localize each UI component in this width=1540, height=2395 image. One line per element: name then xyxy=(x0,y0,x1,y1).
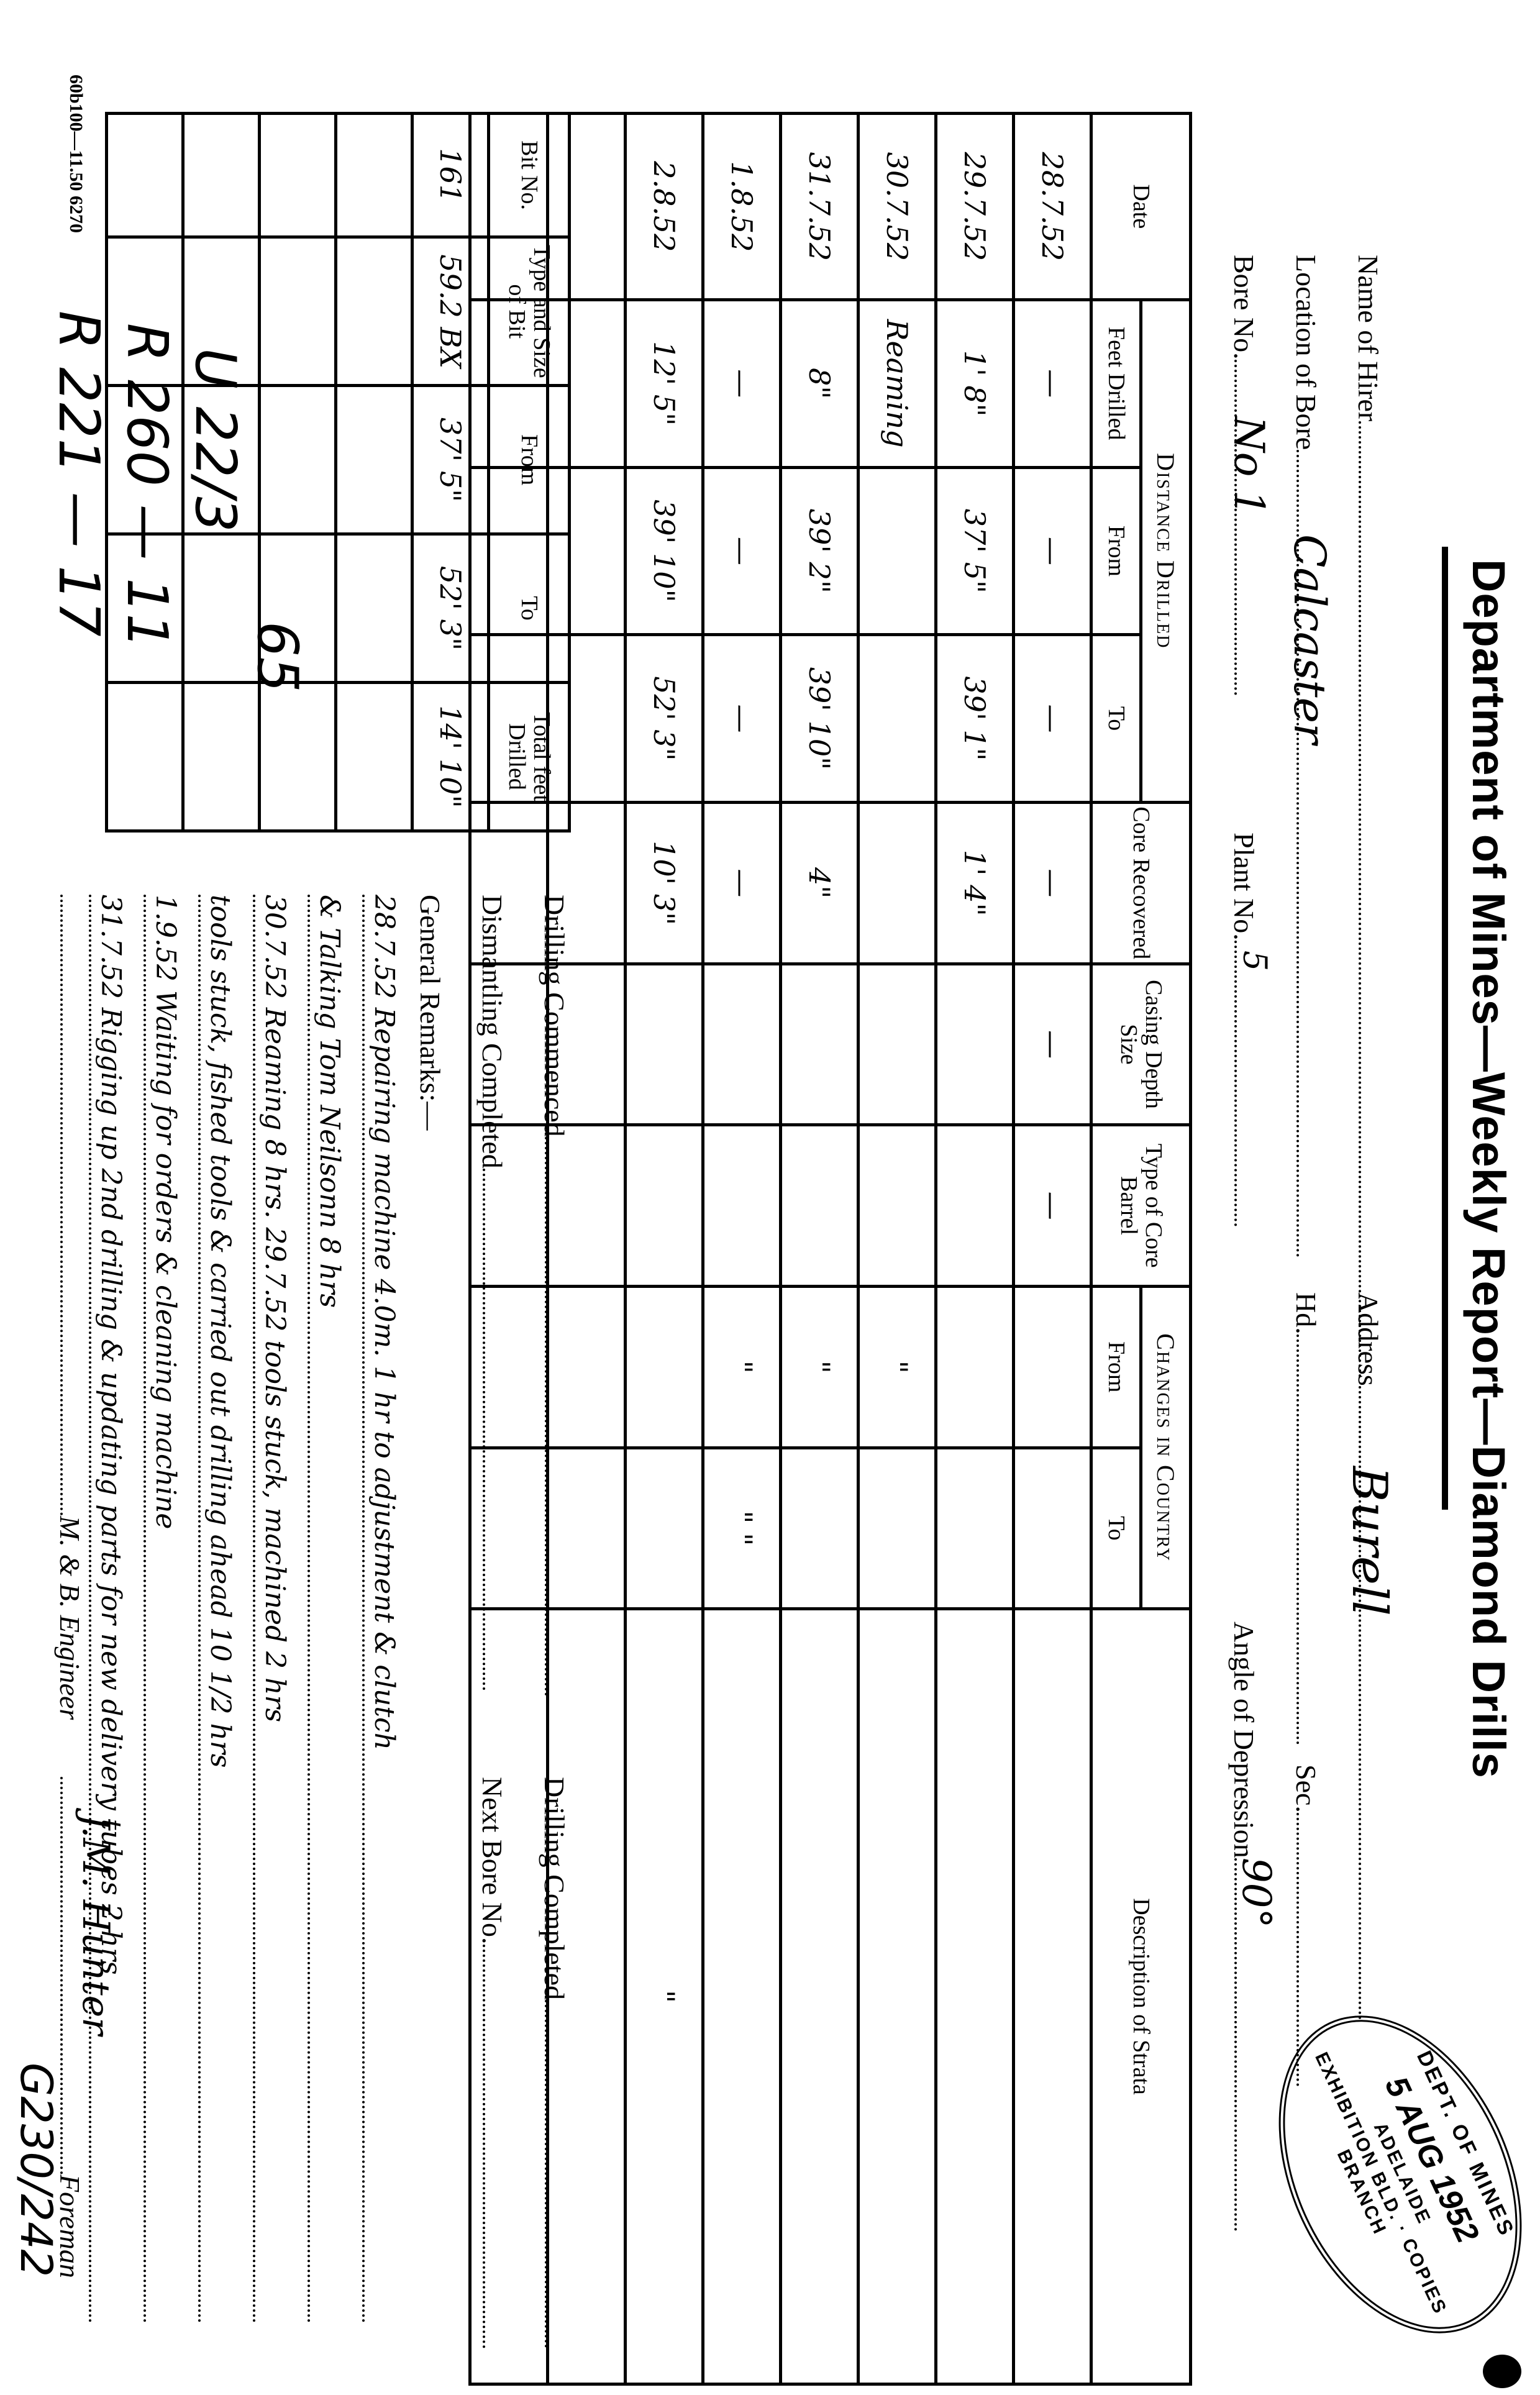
margin-note-r260: R 260 — 11 xyxy=(114,323,180,649)
cell-description xyxy=(703,1609,781,2384)
address-label: Address xyxy=(1352,1292,1384,1386)
cell-cic-from: " xyxy=(859,1286,936,1448)
bit-cell-total xyxy=(107,682,183,831)
cell-core-barrel xyxy=(936,1125,1014,1287)
margin-note-65: 65 xyxy=(245,621,310,693)
cell-cic-from xyxy=(626,1286,703,1448)
bit-cell-bit-no xyxy=(107,114,183,237)
cell-from xyxy=(859,467,936,635)
table-row: 1.8.52————"" " xyxy=(703,114,781,2384)
cell-feet-drilled: Reaming xyxy=(859,299,936,467)
angle-of-depression-value: 90° xyxy=(1233,1858,1279,1928)
bore-no-field[interactable]: Bore No. No 1 xyxy=(1228,255,1260,695)
header-feet-drilled: Feet Drilled xyxy=(1091,299,1141,467)
bit-header-bit-no: Bit No. xyxy=(489,114,570,237)
cell-date: 30.7.52 xyxy=(859,114,936,300)
cell-cic-to xyxy=(1014,1448,1091,1609)
foreman-signature: J.M. Hunter xyxy=(74,1814,117,2035)
bit-row xyxy=(336,114,412,831)
header-changes-in-country: Changes in Country xyxy=(1141,1286,1191,1608)
cell-to: 52' 3" xyxy=(626,635,703,803)
bit-cell-to xyxy=(336,534,412,683)
cell-core-recovered: 1' 4" xyxy=(936,802,1014,964)
location-field[interactable]: Location of Bore Calcaster xyxy=(1290,255,1323,1257)
bit-header-from: From xyxy=(489,386,570,534)
cell-core-barrel xyxy=(703,1125,781,1287)
engineer-signature-field: M. & B. Engineer xyxy=(53,895,86,1720)
header-casing: Casing Depth Size xyxy=(1091,964,1191,1125)
cell-feet-drilled: 1' 8" xyxy=(936,299,1014,467)
header-core-recovered: Core Recovered xyxy=(1091,802,1191,964)
bit-cell-total xyxy=(183,682,260,831)
bit-cell-from: 37' 5" xyxy=(412,386,489,534)
cell-cic-to xyxy=(936,1448,1014,1609)
dismantling-completed-label: Dismantling Completed xyxy=(476,895,508,1169)
hd-label: Hd. xyxy=(1290,1292,1322,1334)
cell-to: 39' 10" xyxy=(781,635,859,803)
header-to: To xyxy=(1091,635,1141,803)
bore-no-value: No 1 xyxy=(1225,416,1273,516)
cell-casing xyxy=(859,964,936,1125)
bit-cell-from xyxy=(336,386,412,534)
remark-line: 28.7.52 Repairing machine 4.0m. 1 hr to … xyxy=(362,895,403,2324)
cell-casing xyxy=(936,964,1014,1125)
cell-cic-to xyxy=(781,1448,859,1609)
title-underline xyxy=(1442,547,1448,1510)
remark-line: tools stuck, fished tools & carried out … xyxy=(198,895,239,2324)
angle-of-depression-field[interactable]: Angle of Depression 90° xyxy=(1228,1622,1260,2231)
bit-cell-bit-no xyxy=(183,114,260,237)
margin-note-r221: R 221 — 17 xyxy=(46,311,111,637)
cell-feet-drilled: — xyxy=(703,299,781,467)
address-value: Burell xyxy=(1341,1466,1397,1616)
print-code: 60b100—11.50 6270 xyxy=(65,75,86,233)
bit-cell-total xyxy=(260,682,336,831)
remark-line: 1.9.52 Waiting for orders & cleaning mac… xyxy=(144,895,185,2324)
bit-row xyxy=(260,114,336,831)
bit-cell-total xyxy=(336,682,412,831)
cell-from: — xyxy=(703,467,781,635)
address-field[interactable]: Address Burell xyxy=(1352,1292,1385,2020)
plant-no-label: Plant No. xyxy=(1228,833,1260,941)
cell-core-recovered: — xyxy=(703,802,781,964)
cell-description: " xyxy=(626,1609,703,2384)
table-row: 2.8.5212' 5"39' 10"52' 3"10' 3"" xyxy=(626,114,703,2384)
bit-row: 16159.2 BX37' 5"52' 3"14' 10" xyxy=(412,114,489,831)
cell-core-recovered xyxy=(859,802,936,964)
bit-cell-from xyxy=(260,386,336,534)
plant-no-field[interactable]: Plant No. 5 xyxy=(1228,833,1260,1226)
cell-description xyxy=(1014,1609,1091,2384)
table-row: 30.7.52Reaming" xyxy=(859,114,936,2384)
bit-cell-total: 14' 10" xyxy=(412,682,489,831)
cell-to xyxy=(859,635,936,803)
cell-date: 28.7.52 xyxy=(1014,114,1091,300)
cell-cic-from: " xyxy=(781,1286,859,1448)
cell-to: — xyxy=(1014,635,1091,803)
table-row: 31.7.528"39' 2"39' 10"4"" xyxy=(781,114,859,2384)
cell-date: 29.7.52 xyxy=(936,114,1014,300)
engineer-label: M. & B. Engineer xyxy=(54,1516,86,1720)
cell-core-recovered: — xyxy=(1014,802,1091,964)
cell-description xyxy=(936,1609,1014,2384)
remark-line: 31.7.52 Rigging up 2nd drilling & updati… xyxy=(89,895,130,2324)
cell-from: 39' 10" xyxy=(626,467,703,635)
header-from: From xyxy=(1091,467,1141,635)
cell-core-barrel xyxy=(859,1125,936,1287)
hd-field[interactable]: Hd. xyxy=(1290,1292,1323,1745)
bit-cell-bit-no xyxy=(260,114,336,237)
bit-header-type-size: Type and Size of Bit xyxy=(489,237,570,386)
remark-line: 30.7.52 Reaming 8 hrs. 29.7.52 tools stu… xyxy=(253,895,294,2324)
cell-from: 37' 5" xyxy=(936,467,1014,635)
header-date: Date xyxy=(1091,114,1191,300)
cell-core-barrel: — xyxy=(1014,1125,1091,1287)
location-value: Calcaster xyxy=(1284,534,1335,744)
cell-feet-drilled: 12' 5" xyxy=(626,299,703,467)
cell-casing xyxy=(703,964,781,1125)
bit-cell-type-size xyxy=(260,237,336,386)
general-remarks-label: General Remarks:— xyxy=(414,895,447,1130)
ink-blot xyxy=(1483,2355,1521,2388)
cell-casing xyxy=(781,964,859,1125)
bit-cell-to: 52' 3" xyxy=(412,534,489,683)
bit-header-to: To xyxy=(489,534,570,683)
header-cic-to: To xyxy=(1091,1448,1141,1609)
cell-feet-drilled: — xyxy=(1014,299,1091,467)
cell-from: — xyxy=(1014,467,1091,635)
table-row: 29.7.521' 8"37' 5"39' 1"1' 4" xyxy=(936,114,1014,2384)
bit-cell-type-size xyxy=(336,237,412,386)
bit-cell-type-size: 59.2 BX xyxy=(412,237,489,386)
cell-cic-from xyxy=(936,1286,1014,1448)
reference-number: G230/242 xyxy=(11,2063,62,2277)
header-cic-from: From xyxy=(1091,1286,1141,1448)
cell-description xyxy=(781,1609,859,2384)
cell-to: 39' 1" xyxy=(936,635,1014,803)
cell-casing: — xyxy=(1014,964,1091,1125)
bit-cell-bit-no xyxy=(336,114,412,237)
cell-date: 31.7.52 xyxy=(781,114,859,300)
cell-cic-from xyxy=(1014,1286,1091,1448)
cell-cic-from: " xyxy=(703,1286,781,1448)
bit-cell-bit-no: 161 xyxy=(412,114,489,237)
margin-note-u22: U 22/3 xyxy=(183,348,248,532)
drilling-commenced-field[interactable]: Drilling Commenced xyxy=(538,895,571,1696)
drilling-completed-field[interactable]: Drilling Completed xyxy=(538,1777,571,2348)
cell-casing xyxy=(626,964,703,1125)
header-description-of-strata: Description of Strata xyxy=(1091,1609,1191,2384)
rotated-report-sheet: Department of Mines—Weekly Report—Diamon… xyxy=(0,0,1540,2395)
cell-date: 2.8.52 xyxy=(626,114,703,300)
drilling-log-table: Date Distance Drilled Core Recovered Cas… xyxy=(468,112,1192,2386)
drilling-completed-label: Drilling Completed xyxy=(539,1777,570,2000)
dismantling-completed-field[interactable]: Dismantling Completed xyxy=(476,895,509,1690)
cell-core-barrel xyxy=(626,1125,703,1287)
cell-cic-to xyxy=(626,1448,703,1609)
cell-core-barrel xyxy=(781,1125,859,1287)
angle-of-depression-label: Angle of Depression xyxy=(1228,1622,1260,1858)
report-title: Department of Mines—Weekly Report—Diamon… xyxy=(1462,559,1515,1779)
header-distance-drilled: Distance Drilled xyxy=(1141,299,1191,802)
drilling-commenced-label: Drilling Commenced xyxy=(539,895,570,1137)
cell-from: 39' 2" xyxy=(781,467,859,635)
cell-cic-to xyxy=(859,1448,936,1609)
cell-date: 1.8.52 xyxy=(703,114,781,300)
header-core-barrel: Type of Core Barrel xyxy=(1091,1125,1191,1287)
remark-line: & Talking Tom Neilsonn 8 hrs xyxy=(308,895,349,2324)
next-bore-no-field[interactable]: Next Bore No. xyxy=(476,1777,509,2348)
location-label: Location of Bore xyxy=(1290,255,1322,450)
sec-field[interactable]: Sec. xyxy=(1290,1764,1323,2086)
cell-to: — xyxy=(703,635,781,803)
bore-no-label: Bore No. xyxy=(1228,255,1260,360)
cell-feet-drilled: 8" xyxy=(781,299,859,467)
plant-no-value: 5 xyxy=(1236,951,1273,971)
cell-description xyxy=(859,1609,936,2384)
name-of-hirer-field[interactable]: Name of Hirer xyxy=(1352,255,1385,1378)
table-row: 28.7.52—————— xyxy=(1014,114,1091,2384)
name-of-hirer-label: Name of Hirer xyxy=(1352,255,1384,421)
sec-label: Sec. xyxy=(1290,1764,1322,1813)
cell-cic-to: " " xyxy=(703,1448,781,1609)
bit-header-total: Total feet Drilled xyxy=(489,682,570,831)
cell-core-recovered: 4" xyxy=(781,802,859,964)
received-stamp: DEPT. OF MINES 5 AUG 1952 ADELAIDE EXHIB… xyxy=(1231,1976,1540,2372)
next-bore-no-label: Next Bore No. xyxy=(476,1777,508,1945)
general-remarks-list: 28.7.52 Repairing machine 4.0m. 1 hr to … xyxy=(75,895,403,2324)
cell-core-recovered: 10' 3" xyxy=(626,802,703,964)
